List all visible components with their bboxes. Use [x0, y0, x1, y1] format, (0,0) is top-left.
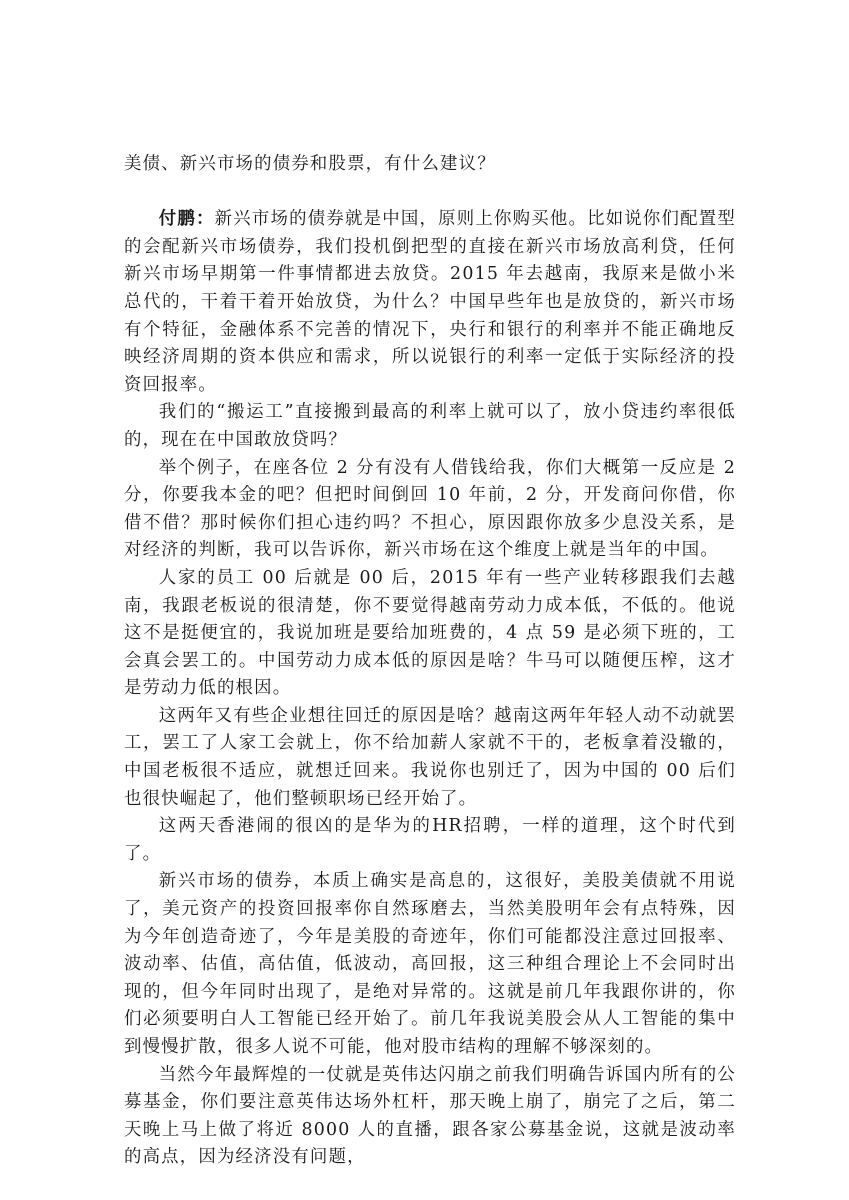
speaker-name: 付鹏： [159, 209, 215, 229]
answer-paragraph-4: 人家的员工 00 后就是 00 后，2015 年有一些产业转移跟我们去越南，我跟… [124, 565, 736, 703]
answer-paragraph-3: 举个例子，在座各位 2 分有没有人借钱给我，你们大概第一反应是 2 分，你要我本… [124, 455, 736, 565]
answer-paragraph-8: 当然今年最辉煌的一仗就是英伟达闪崩之前我们明确告诉国内所有的公募基金，你们要注意… [124, 1062, 736, 1172]
answer-paragraph-6: 这两天香港闹的很凶的是华为的HR招聘，一样的道理，这个时代到了。 [124, 813, 736, 868]
answer-paragraph-7: 新兴市场的债券，本质上确实是高息的，这很好，美股美债就不用说了，美元资产的投资回… [124, 868, 736, 1061]
answer-paragraph-2: 我们的“搬运工”直接搬到最高的利率上就可以了，放小贷违约率很低的，现在在中国敢放… [124, 399, 736, 454]
answer-paragraph-5: 这两年又有些企业想往回迁的原因是啥？越南这两年年轻人动不动就罢工，罢工了人家工会… [124, 703, 736, 813]
paragraph-text: 新兴市场的债券就是中国，原则上你购买他。比如说你们配置型的会配新兴市场债券，我们… [124, 209, 736, 395]
answer-paragraph-1: 付鹏：新兴市场的债券就是中国，原则上你购买他。比如说你们配置型的会配新兴市场债券… [124, 206, 736, 399]
document-page: 美债、新兴市场的债券和股票，有什么建议？ 付鹏：新兴市场的债券就是中国，原则上你… [124, 151, 736, 1172]
question-text: 美债、新兴市场的债券和股票，有什么建议？ [124, 151, 736, 179]
